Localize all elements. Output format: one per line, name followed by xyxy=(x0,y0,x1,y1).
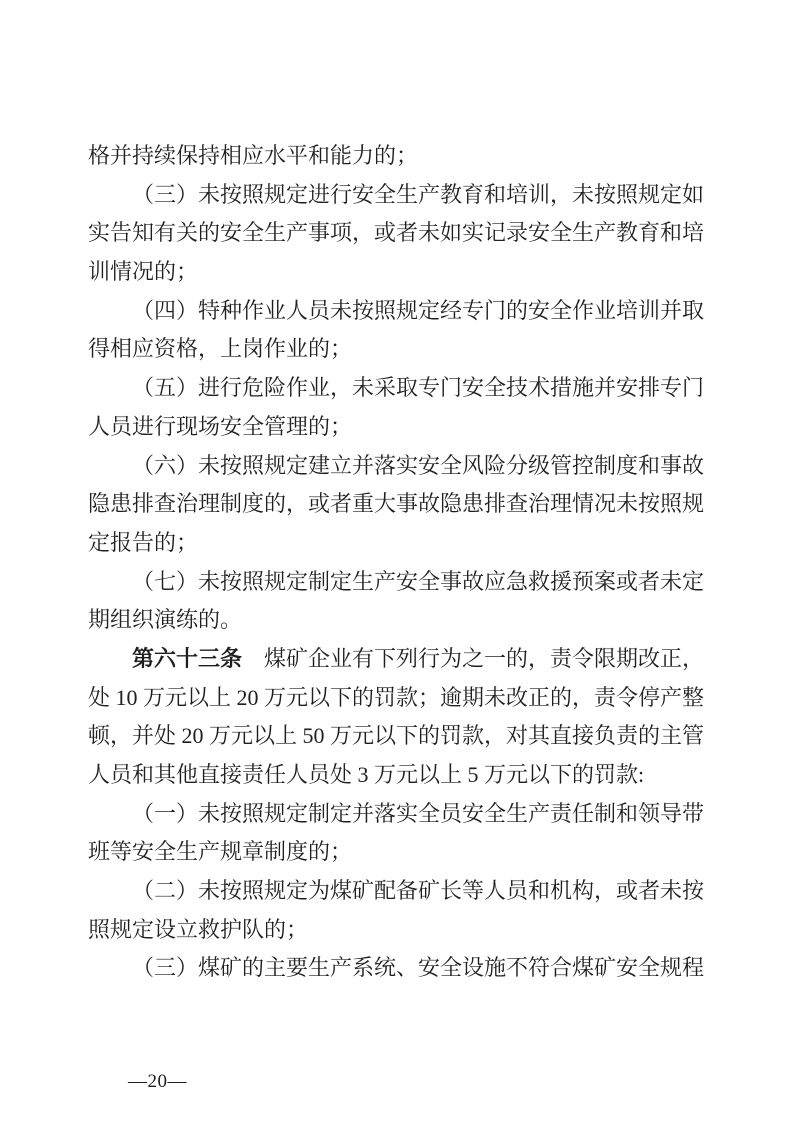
text-line: （五）进行危险作业，未采取专门安全技术措施并安排专门 xyxy=(88,369,718,408)
text-line: 班等安全生产规章制度的； xyxy=(88,833,718,872)
text-line: 人员进行现场安全管理的； xyxy=(88,408,718,447)
text-line: （七）未按照规定制定生产安全事故应急救援预案或者未定 xyxy=(88,563,718,602)
text-line: 顿，并处 20 万元以上 50 万元以下的罚款，对其直接负责的主管 xyxy=(88,717,718,756)
text-line: 定报告的； xyxy=(88,524,718,563)
text-line: （一）未按照规定制定并落实全员安全生产责任制和领导带 xyxy=(88,795,718,834)
document-page: 格并持续保持相应水平和能力的；（三）未按照规定进行安全生产教育和培训，未按照规定… xyxy=(0,0,793,1122)
text-line: （六）未按照规定建立并落实安全风险分级管控制度和事故 xyxy=(88,447,718,486)
text-line: 隐患排查治理制度的，或者重大事故隐患排查治理情况未按照规 xyxy=(88,485,718,524)
text-line: （四）特种作业人员未按照规定经专门的安全作业培训并取 xyxy=(88,292,718,331)
article-number: 第六十三条 xyxy=(132,646,242,671)
text-line: 处 10 万元以上 20 万元以下的罚款；逾期未改正的，责令停产整 xyxy=(88,679,718,718)
article-lead-text: 煤矿企业有下列行为之一的，责令限期改正， xyxy=(242,646,704,671)
text-line: 训情况的； xyxy=(88,253,718,292)
page-number: —20— xyxy=(128,1069,187,1095)
document-body: 格并持续保持相应水平和能力的；（三）未按照规定进行安全生产教育和培训，未按照规定… xyxy=(88,137,718,988)
article-heading-line: 第六十三条 煤矿企业有下列行为之一的，责令限期改正， xyxy=(88,640,718,679)
text-line: 照规定设立救护队的； xyxy=(88,911,718,950)
text-line: 格并持续保持相应水平和能力的； xyxy=(88,137,718,176)
text-line: 实告知有关的安全生产事项，或者未如实记录安全生产教育和培 xyxy=(88,214,718,253)
text-line: （三）煤矿的主要生产系统、安全设施不符合煤矿安全规程 xyxy=(88,949,718,988)
text-line: 人员和其他直接责任人员处 3 万元以上 5 万元以下的罚款: xyxy=(88,756,718,795)
text-line: 得相应资格，上岗作业的； xyxy=(88,330,718,369)
text-line: 期组织演练的。 xyxy=(88,601,718,640)
text-line: （三）未按照规定进行安全生产教育和培训，未按照规定如 xyxy=(88,176,718,215)
text-line: （二）未按照规定为煤矿配备矿长等人员和机构，或者未按 xyxy=(88,872,718,911)
